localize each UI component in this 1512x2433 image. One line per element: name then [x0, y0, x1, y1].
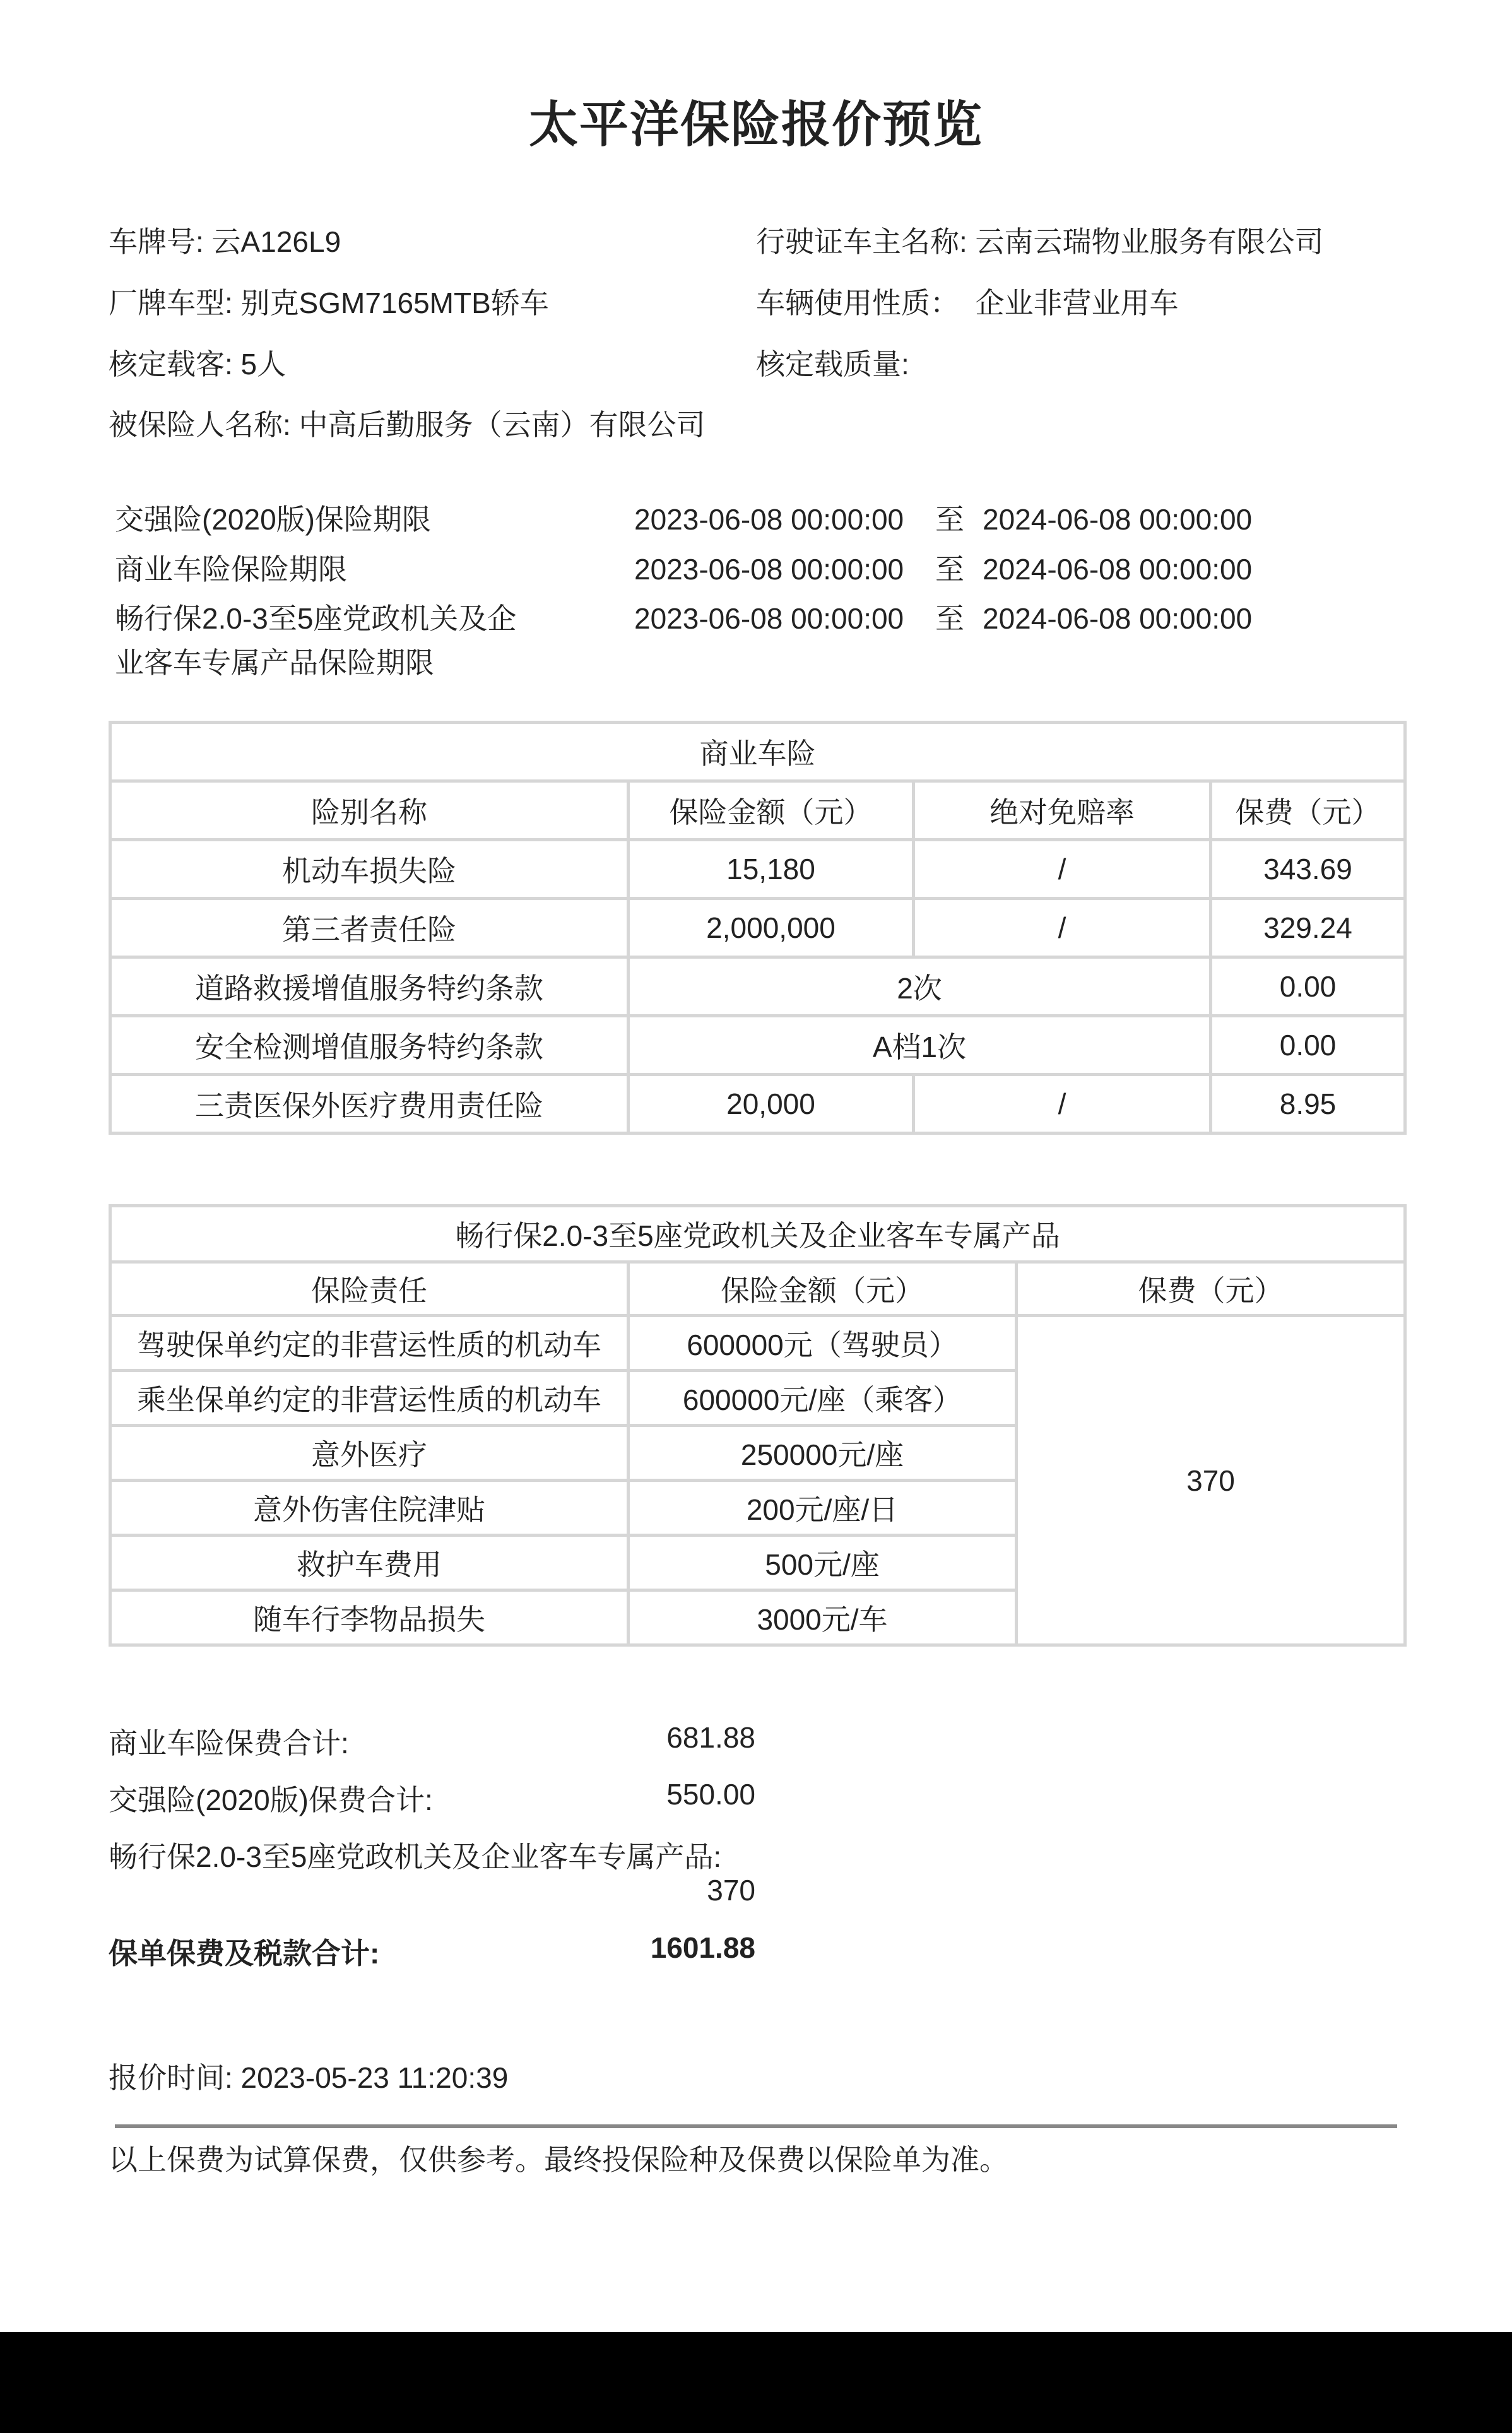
commercial-total-label: 商业车险保费合计:: [109, 1720, 349, 1762]
coverage-amount: A档1次: [629, 1016, 1211, 1075]
grand-total-label: 保单保费及税款合计:: [109, 1931, 379, 1972]
premium: 343.69: [1211, 840, 1405, 899]
table-row: 机动车损失险 15,180 / 343.69: [110, 840, 1405, 899]
coverage-name: 机动车损失险: [110, 840, 629, 899]
premium: 8.95: [1211, 1075, 1405, 1134]
coverage-amount: 600000元/座（乘客）: [629, 1371, 1017, 1426]
coverage-name: 第三者责任险: [110, 899, 629, 957]
period-separator: 至: [935, 497, 964, 542]
coverage-amount: 250000元/座: [629, 1426, 1017, 1481]
column-header: 保费（元）: [1211, 781, 1405, 840]
period-end: 2024-06-08 00:00:00: [983, 497, 1252, 542]
table-row: 驾驶保单约定的非营运性质的机动车 600000元（驾驶员） 370: [110, 1316, 1405, 1371]
table-row: 第三者责任险 2,000,000 / 329.24: [110, 899, 1405, 957]
coverage-amount: 200元/座/日: [629, 1481, 1017, 1536]
column-header: 保费（元）: [1017, 1262, 1405, 1316]
premium: 0.00: [1211, 957, 1405, 1016]
deductible-rate: /: [914, 840, 1211, 899]
period-name: 畅行保2.0-3至5座党政机关及企: [115, 596, 516, 641]
table-row: 三责医保外医疗费用责任险 20,000 / 8.95: [110, 1075, 1405, 1134]
coverage-amount: 15,180: [629, 840, 914, 899]
deductible-rate: /: [914, 1075, 1211, 1134]
coverage-liability: 驾驶保单约定的非营运性质的机动车: [110, 1316, 629, 1371]
premium: 0.00: [1211, 1016, 1405, 1075]
deductible-rate: /: [914, 899, 1211, 957]
coverage-name: 道路救援增值服务特约条款: [110, 957, 629, 1016]
commercial-insurance-table: 商业车险 险别名称 保险金额（元） 绝对免赔率 保费（元） 机动车损失险 15,…: [109, 721, 1407, 1135]
disclaimer: 以上保费为试算保费，仅供参考。最终投保险种及保费以保险单为准。: [109, 2141, 1008, 2179]
period-name: 商业车险保险期限: [115, 547, 347, 591]
column-header: 险别名称: [110, 781, 629, 840]
vehicle-usage: 车辆使用性质： 企业非营业用车: [756, 284, 1179, 322]
coverage-liability: 乘坐保单约定的非营运性质的机动车: [110, 1371, 629, 1426]
divider: [115, 2124, 1397, 2128]
coverage-name: 安全检测增值服务特约条款: [110, 1016, 629, 1075]
bottom-black-band: [0, 2332, 1512, 2433]
quote-time: 报价时间: 2023-05-23 11:20:39: [109, 2059, 508, 2097]
coverage-amount: 2,000,000: [629, 899, 914, 957]
period-start: 2023-06-08 00:00:00: [634, 596, 904, 641]
coverage-amount: 20,000: [629, 1075, 914, 1134]
package-premium: 370: [1017, 1316, 1405, 1645]
table-caption-row: 商业车险: [110, 723, 1405, 781]
grand-total-value: 1601.88: [651, 1931, 755, 1965]
column-header: 绝对免赔率: [914, 781, 1211, 840]
coverage-amount: 500元/座: [629, 1536, 1017, 1590]
coverage-liability: 救护车费用: [110, 1536, 629, 1590]
column-header: 保险金额（元）: [629, 1262, 1017, 1316]
compulsory-total-value: 550.00: [666, 1777, 755, 1811]
seat-capacity: 核定载客: 5人: [109, 345, 286, 383]
column-header: 保险责任: [110, 1262, 629, 1316]
insured-name: 被保险人名称: 中高后勤服务（云南）有限公司: [109, 406, 706, 444]
table-caption-row: 畅行保2.0-3至5座党政机关及企业客车专属产品: [110, 1206, 1405, 1262]
coverage-name: 三责医保外医疗费用责任险: [110, 1075, 629, 1134]
period-name: 交强险(2020版)保险期限: [115, 497, 431, 542]
table-row: 安全检测增值服务特约条款 A档1次 0.00: [110, 1016, 1405, 1075]
table-caption: 商业车险: [110, 723, 1405, 781]
period-name-line2: 业客车专属产品保险期限: [115, 641, 434, 685]
coverage-liability: 意外医疗: [110, 1426, 629, 1481]
table-caption: 畅行保2.0-3至5座党政机关及企业客车专属产品: [110, 1206, 1405, 1262]
page-title: 太平洋保险报价预览: [0, 85, 1512, 156]
commercial-total-value: 681.88: [666, 1720, 755, 1755]
table-header-row: 险别名称 保险金额（元） 绝对免赔率 保费（元）: [110, 781, 1405, 840]
column-header: 保险金额（元）: [629, 781, 914, 840]
period-end: 2024-06-08 00:00:00: [983, 547, 1252, 591]
period-start: 2023-06-08 00:00:00: [634, 547, 904, 591]
table-row: 道路救援增值服务特约条款 2次 0.00: [110, 957, 1405, 1016]
premium: 329.24: [1211, 899, 1405, 957]
changxingbao-total-value: 370: [707, 1873, 755, 1907]
period-separator: 至: [935, 596, 964, 641]
coverage-amount: 2次: [629, 957, 1211, 1016]
vehicle-model: 厂牌车型: 别克SGM7165MTB轿车: [109, 284, 549, 322]
load-capacity: 核定载质量:: [756, 345, 909, 383]
period-separator: 至: [935, 547, 964, 591]
coverage-amount: 3000元/车: [629, 1590, 1017, 1645]
table-header-row: 保险责任 保险金额（元） 保费（元）: [110, 1262, 1405, 1316]
changxingbao-total-label: 畅行保2.0-3至5座党政机关及企业客车专属产品:: [109, 1834, 721, 1876]
compulsory-total-label: 交强险(2020版)保费合计:: [109, 1777, 433, 1819]
owner-name: 行驶证车主名称: 云南云瑞物业服务有限公司: [756, 223, 1324, 261]
period-end: 2024-06-08 00:00:00: [983, 596, 1252, 641]
coverage-liability: 随车行李物品损失: [110, 1590, 629, 1645]
coverage-liability: 意外伤害住院津贴: [110, 1481, 629, 1536]
coverage-amount: 600000元（驾驶员）: [629, 1316, 1017, 1371]
changxingbao-table: 畅行保2.0-3至5座党政机关及企业客车专属产品 保险责任 保险金额（元） 保费…: [109, 1204, 1407, 1647]
period-start: 2023-06-08 00:00:00: [634, 497, 904, 542]
plate-number: 车牌号: 云A126L9: [109, 223, 341, 261]
